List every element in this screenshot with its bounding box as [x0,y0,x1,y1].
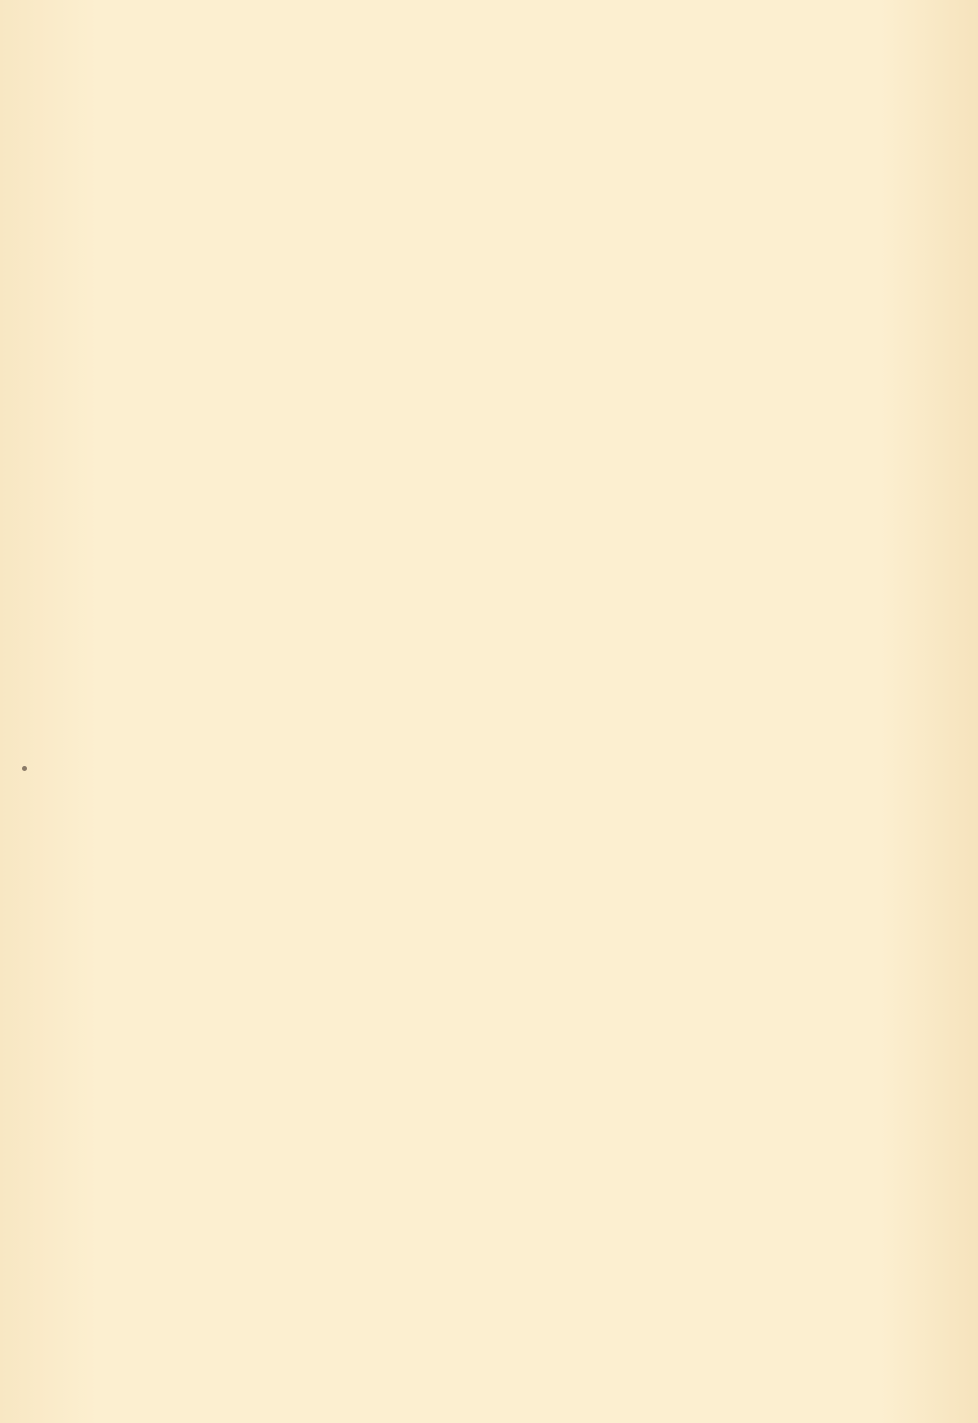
text-line [152,1288,888,1325]
text-line [152,1177,888,1214]
text-line [152,1214,888,1251]
paper-speck [22,766,27,771]
body-text-bottom [152,1177,888,1325]
text-line [152,1251,888,1288]
book-page [0,0,978,1423]
running-head [152,78,888,112]
